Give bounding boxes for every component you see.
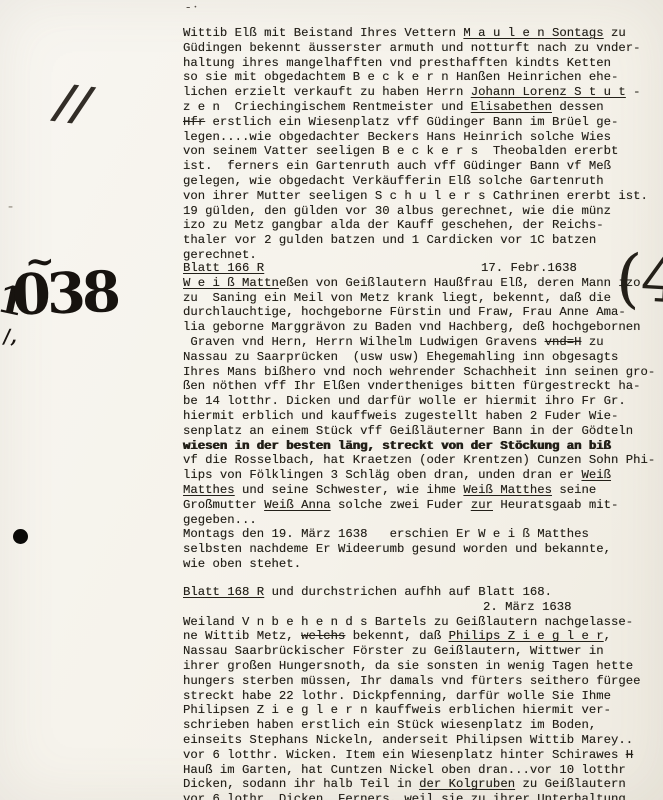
text-segment: - — [626, 85, 641, 99]
text-segment: Montags den 19. März 1638 erschien Er W … — [183, 527, 589, 541]
text-segment: zur — [471, 498, 493, 512]
text-segment: legen....wie obgedachter Beckers Hans He… — [183, 130, 611, 144]
text-segment: , — [604, 629, 611, 643]
text-segment: Weiß Matthes — [463, 483, 552, 497]
text-line: hiermit erblich und kauffweis zugestellt… — [183, 409, 663, 424]
right-margin-paren-mark: (4 — [614, 246, 663, 313]
text-segment: erstlich ein Wiesenplatz vff Güdinger Ba… — [205, 115, 618, 129]
entry-blatt-166r: Blatt 166 R17. Febr.1638W e i ß Mattneße… — [183, 261, 663, 572]
entry-guedingen: Wittib Elß mit Beistand Ihres Vettern M … — [183, 26, 663, 263]
ink-dot — [13, 529, 28, 544]
text-line: lia geborne Marggrävon zu Baden vnd Hach… — [183, 320, 663, 335]
text-line: Güdingen bekennt äusserster armuth und n… — [183, 41, 663, 56]
text-line: selbsten nachdeme Er Wideerumb gesund wo… — [183, 542, 663, 557]
text-line: vor 6 lothr. Dicken. Ferners, weil sie z… — [183, 792, 663, 800]
text-segment: lia geborne Marggrävon zu Baden vnd Hach… — [183, 320, 641, 334]
text-segment: senplatz an einem Stück vff Geißläuterne… — [183, 424, 633, 438]
text-line: Großmutter Weiß Anna solche zwei Fuder z… — [183, 498, 663, 513]
text-line: Dicken, sodann ihr halb Teil in der Kolg… — [183, 777, 663, 792]
text-segment: hungers sterben müssen, Ihr damals vnd f… — [183, 674, 641, 688]
text-line: so sie mit obgedachtem B e c k e r n Han… — [183, 70, 663, 85]
text-line: Ihres Mans bißhero vnd noch wehrender Sc… — [183, 365, 663, 380]
text-line: Philipsen Z i e g l e r n kauffweis erbl… — [183, 703, 663, 718]
text-segment: so sie mit obgedachtem B e c k e r n Han… — [183, 70, 618, 84]
text-segment: Dicken, sodann ihr halb Teil in — [183, 777, 419, 791]
text-segment: gegeben... — [183, 513, 257, 527]
text-segment: von seinem Vatter seeligen B e c k e r s… — [183, 144, 618, 158]
text-segment: Blatt 166 R — [183, 261, 264, 275]
text-line: Graven vnd Hern, Herrn Wilhelm Ludwigen … — [183, 335, 663, 350]
text-line: 19 gülden, den gülden vor 30 albus gerec… — [183, 204, 663, 219]
text-line: Blatt 166 R17. Febr.1638 — [183, 261, 663, 276]
text-segment: Heuratsgaab mit- — [493, 498, 618, 512]
text-segment: zu — [582, 335, 604, 349]
text-segment: ihrer großen Hungersnoth, da sie sonsten… — [183, 659, 633, 673]
text-segment: 19 gülden, den gülden vor 30 albus gerec… — [183, 204, 611, 218]
text-segment: 2. März 1638 — [483, 600, 572, 614]
text-segment: einseits Stephans Nickeln, anderseit Phi… — [183, 733, 633, 747]
text-segment: lips von Fölklingen 3 Schläg oben dran, … — [183, 468, 581, 482]
text-segment: und durchstrichen aufhh auf Blatt 168. — [264, 585, 552, 599]
scanned-document-page: Wittib Elß mit Beistand Ihres Vettern M … — [0, 0, 663, 800]
text-segment: vnd=H — [545, 335, 582, 349]
text-segment: durchlauchtige, hochgeborne Fürstin und … — [183, 305, 626, 319]
text-segment: vor 6 lothr. Dicken. Ferners, weil sie z… — [183, 792, 626, 800]
text-line: lichen erzielt verkauft zu haben Herrn J… — [183, 85, 663, 100]
text-segment: zu Geißlautern — [515, 777, 626, 791]
text-segment: H — [626, 748, 633, 762]
text-line: thaler vor 2 gulden batzen und 1 Cardick… — [183, 233, 663, 248]
text-segment: haltung ihres mangelhafften vnd presthaf… — [183, 56, 611, 70]
text-line: vf die Rosselbach, hat Kraetzen (oder Kr… — [183, 453, 663, 468]
text-segment: von ihrer Mutter seeligen S c h u l e r … — [183, 189, 648, 203]
text-line: schrieben haben erstlich ein Stück wiese… — [183, 718, 663, 733]
text-segment: ne Wittib Metz, — [183, 629, 301, 643]
text-segment: Ihres Mans bißhero vnd noch wehrender Sc… — [183, 365, 655, 379]
text-segment: be 14 lotthr. Dicken und darfür wolle er… — [183, 394, 626, 408]
text-segment: Weiß — [581, 468, 611, 482]
text-line: W e i ß Mattneßen von Geißlautern Haußfr… — [183, 276, 663, 291]
text-line: ne Wittib Metz, welchs bekennt, daß Phil… — [183, 629, 663, 644]
entry-blatt-168r: Blatt 168 R und durchstrichen aufhh auf … — [183, 585, 663, 800]
text-line: haltung ihres mangelhafften vnd presthaf… — [183, 56, 663, 71]
text-line: be 14 lotthr. Dicken und darfür wolle er… — [183, 394, 663, 409]
text-line: Matthes und seine Schwester, wie ihme We… — [183, 483, 663, 498]
text-line: lips von Fölklingen 3 Schläg oben dran, … — [183, 468, 663, 483]
text-segment: dessen — [552, 100, 604, 114]
text-line: Nassau zu Saarprücken (usw usw) Ehegemah… — [183, 350, 663, 365]
text-segment: Nassau Saarbrückischer Förster zu Geißla… — [183, 644, 604, 658]
text-segment: zu Saning ein Meil von Metz krank liegt,… — [183, 291, 611, 305]
handwritten-number: 038 — [11, 264, 118, 324]
text-line: ihrer großen Hungersnoth, da sie sonsten… — [183, 659, 663, 674]
text-segment: thaler vor 2 gulden batzen und 1 Cardick… — [183, 233, 596, 247]
text-line: ßen nöthen vff Ihr Elßen vndertheniges b… — [183, 379, 663, 394]
text-segment: Elisabethen — [471, 100, 552, 114]
text-segment: selbsten nachdeme Er Wideerumb gesund wo… — [183, 542, 611, 556]
text-line: wiesen in der besten läng, streckt von d… — [183, 439, 663, 454]
text-segment: izo zu Metz gangbar alda der Kauff gesch… — [183, 218, 604, 232]
text-line: legen....wie obgedachter Beckers Hans He… — [183, 130, 663, 145]
text-segment: hiermit erblich und kauffweis zugestellt… — [183, 409, 618, 423]
text-segment: gerechnet. — [183, 248, 257, 262]
text-line: Wittib Elß mit Beistand Ihres Vettern M … — [183, 26, 663, 41]
text-line: wie oben stehet. — [183, 557, 663, 572]
text-segment: Weiland V n b e h e n d s Bartels zu Gei… — [183, 615, 633, 629]
text-segment: Philips Z i e g l e r — [449, 629, 604, 643]
text-segment: wie oben stehet. — [183, 557, 301, 571]
text-line: hungers sterben müssen, Ihr damals vnd f… — [183, 674, 663, 689]
text-segment: Wittib Elß mit Beistand Ihres Vettern — [183, 26, 463, 40]
text-line: streckt habe 22 lothr. Dickpfenning, dar… — [183, 689, 663, 704]
text-segment: Graven vnd Hern, Herrn Wilhelm Ludwigen … — [183, 335, 545, 349]
text-segment: Weiß Anna — [264, 498, 330, 512]
text-line: ist. ferners ein Gartenruth auch vff Güd… — [183, 159, 663, 174]
text-line: senplatz an einem Stück vff Geißläuterne… — [183, 424, 663, 439]
text-segment: schrieben haben erstlich ein Stück wiese… — [183, 718, 596, 732]
text-line: 2. März 1638 — [183, 600, 663, 615]
text-line: zu Saning ein Meil von Metz krank liegt,… — [183, 291, 663, 306]
text-segment: ßen nöthen vff Ihr Elßen vndertheniges b… — [183, 379, 641, 393]
text-segment: Matthes — [183, 483, 235, 497]
text-segment: gelegen, wie obgedacht Verkäufferin Elß … — [183, 174, 604, 188]
text-line: von ihrer Mutter seeligen S c h u l e r … — [183, 189, 663, 204]
text-line: Weiland V n b e h e n d s Bartels zu Gei… — [183, 615, 663, 630]
text-segment: welchs — [301, 629, 345, 643]
text-line: Blatt 168 R und durchstrichen aufhh auf … — [183, 585, 663, 600]
text-segment: Großmutter — [183, 498, 264, 512]
text-segment: z e n Criechingischem Rentmeister und — [183, 100, 471, 114]
text-line: izo zu Metz gangbar alda der Kauff gesch… — [183, 218, 663, 233]
text-segment: ist. ferners ein Gartenruth auch vff Güd… — [183, 159, 611, 173]
text-line: einseits Stephans Nickeln, anderseit Phi… — [183, 733, 663, 748]
text-segment: M a u l e n Sontags — [463, 26, 603, 40]
text-line: Nassau Saarbrückischer Förster zu Geißla… — [183, 644, 663, 659]
text-segment: Johann Lorenz S t u t — [471, 85, 626, 99]
text-line: Hfr erstlich ein Wiesenplatz vff Güdinge… — [183, 115, 663, 130]
text-segment: Blatt 168 R — [183, 585, 264, 599]
pencil-mark-top: -· — [186, 0, 201, 15]
text-line: vor 6 lotthr. Wicken. Item ein Wiesenpla… — [183, 748, 663, 763]
text-segment: streckt habe 22 lothr. Dickpfenning, dar… — [183, 689, 611, 703]
handwritten-number-group: ~ 1 038 /, — [0, 248, 113, 347]
text-line: Hauß im Garten, hat Cuntzen Nickel oben … — [183, 763, 663, 778]
text-segment: der Kolgruben — [419, 777, 515, 791]
text-line: z e n Criechingischem Rentmeister und El… — [183, 100, 663, 115]
text-segment: Nassau zu Saarprücken (usw usw) Ehegemah… — [183, 350, 618, 364]
text-segment: zu — [604, 26, 626, 40]
text-segment: W e i ß Mattn — [183, 276, 279, 290]
text-line: durchlauchtige, hochgeborne Fürstin und … — [183, 305, 663, 320]
text-segment: Philipsen Z i e g l e r n kauffweis erbl… — [183, 703, 611, 717]
text-segment: lichen erzielt verkauft zu haben Herrn — [183, 85, 471, 99]
text-column: Wittib Elß mit Beistand Ihres Vettern M … — [183, 0, 663, 800]
faint-margin-dash: - — [8, 197, 13, 215]
text-segment: Güdingen bekennt äusserster armuth und n… — [183, 41, 641, 55]
text-segment: solche zwei Fuder — [331, 498, 471, 512]
entry-date: 17. Febr.1638 — [481, 261, 577, 276]
small-pen-mark: /, — [3, 325, 17, 347]
text-segment: vf die Rosselbach, hat Kraetzen (oder Kr… — [183, 453, 655, 467]
text-segment: bekennt, daß — [345, 629, 448, 643]
text-segment: wiesen in der besten läng, streckt von d… — [183, 439, 611, 453]
text-segment: Hfr — [183, 115, 205, 129]
text-line: gegeben... — [183, 513, 663, 528]
text-segment: seine — [552, 483, 596, 497]
text-segment: Hauß im Garten, hat Cuntzen Nickel oben … — [183, 763, 626, 777]
margin-slash-mark: // — [53, 74, 94, 133]
text-line: Montags den 19. März 1638 erschien Er W … — [183, 527, 663, 542]
text-segment: und seine Schwester, wie ihme — [235, 483, 464, 497]
text-line: gelegen, wie obgedacht Verkäufferin Elß … — [183, 174, 663, 189]
text-line: von seinem Vatter seeligen B e c k e r s… — [183, 144, 663, 159]
text-segment: eßen von Geißlautern Haußfrau Elß, deren… — [279, 276, 641, 290]
text-segment: vor 6 lotthr. Wicken. Item ein Wiesenpla… — [183, 748, 626, 762]
